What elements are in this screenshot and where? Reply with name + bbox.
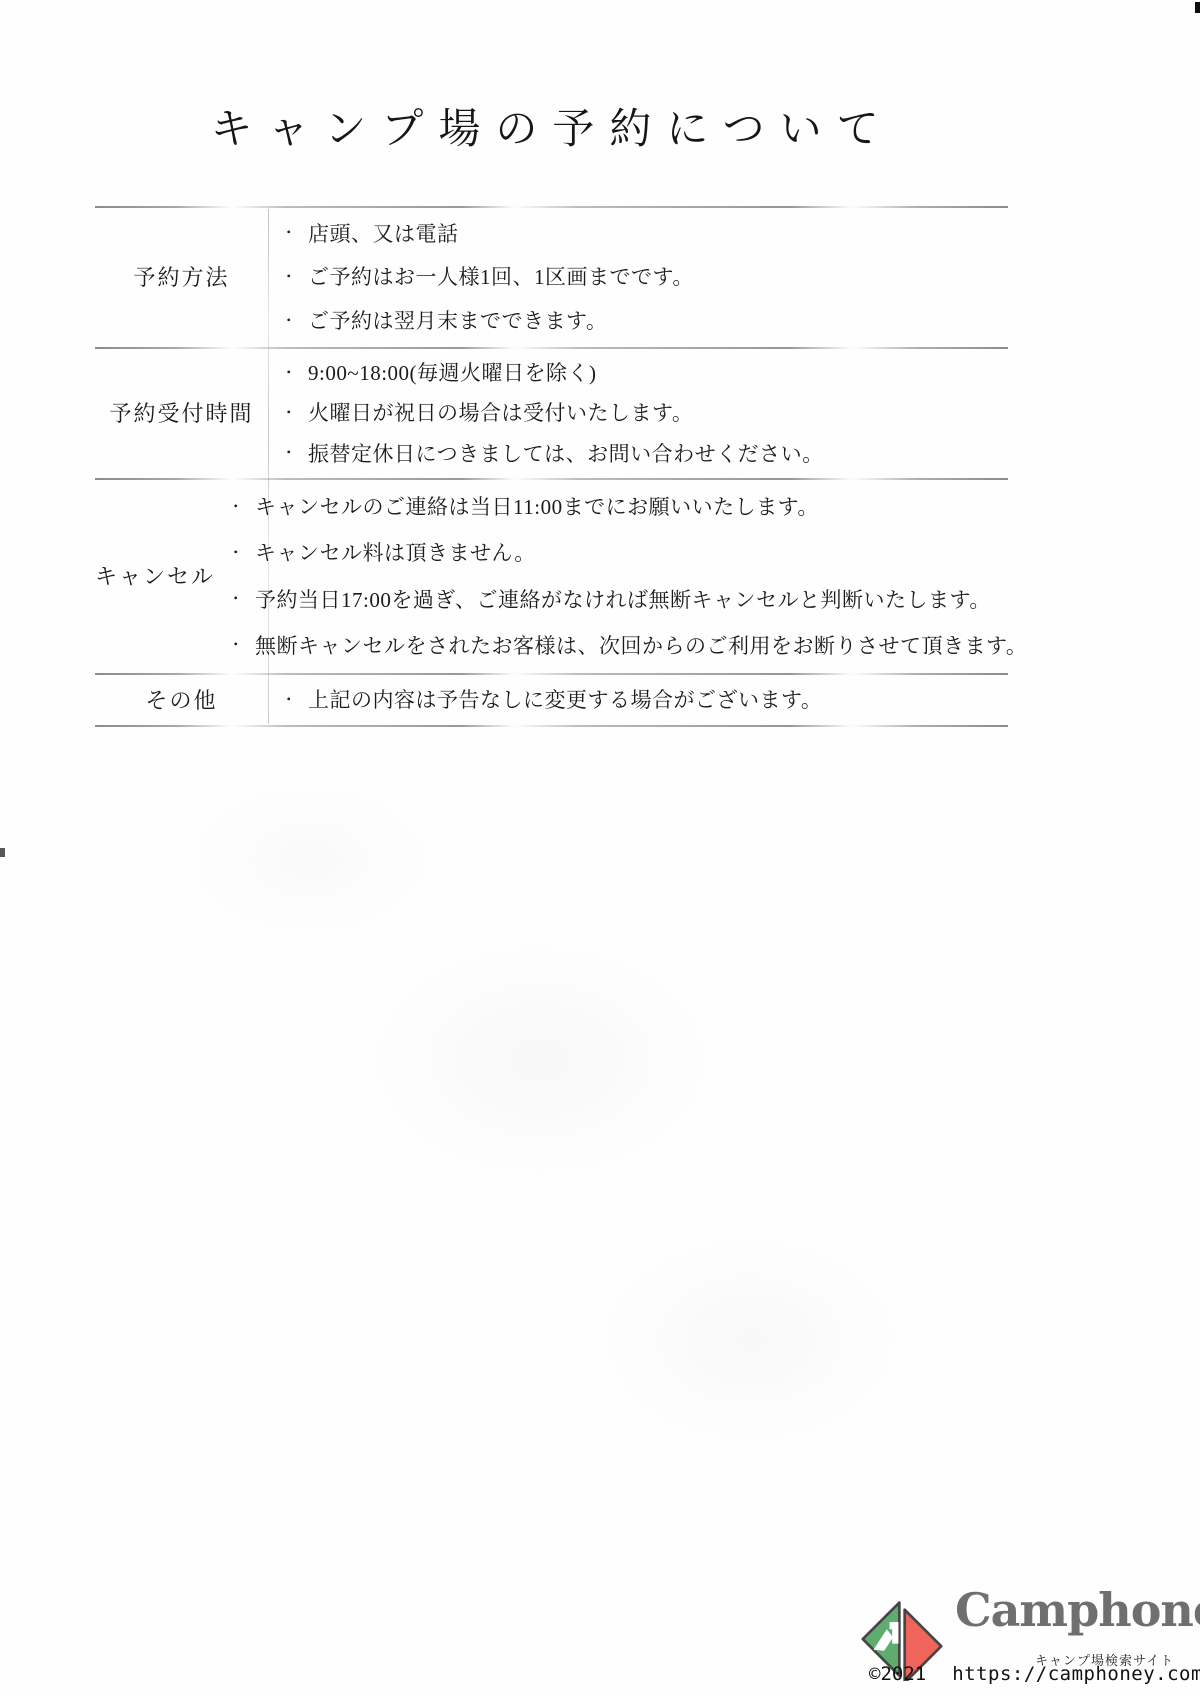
table-row-reception-hours: 予約受付時間 • 9:00~18:00(毎週火曜日を除く) • 火曜日が祝日の場…	[95, 347, 1008, 478]
bullet-icon: •	[276, 692, 302, 707]
scan-artifact	[520, 1180, 980, 1500]
copyright-text: ©2021	[869, 1663, 926, 1685]
list-item-text: 9:00~18:00(毎週火曜日を除く)	[308, 357, 597, 387]
list-item: • 9:00~18:00(毎週火曜日を除く)	[268, 357, 1008, 387]
scan-artifact	[280, 880, 800, 1240]
row-label: 予約方法	[95, 206, 268, 347]
list-item: • 振替定休日につきましては、お問い合わせください。	[268, 438, 1008, 468]
row-label: キャンセル	[95, 478, 215, 673]
bullet-icon: •	[276, 445, 302, 460]
list-item-text: 上記の内容は予告なしに変更する場合がございます。	[308, 684, 822, 714]
list-item-text: キャンセルのご連絡は当日11:00までにお願いいたします。	[255, 491, 819, 521]
copyright-line: ©2021https://camphoney.com	[869, 1663, 1200, 1685]
list-item-text: キャンセル料は頂きません。	[255, 537, 536, 567]
bullet-icon: •	[276, 365, 302, 380]
list-item-text: ご予約は翌月末までできます。	[308, 305, 607, 335]
list-item: • ご予約はお一人様1回、1区画までです。	[268, 261, 1008, 291]
table-row-other: その他 • 上記の内容は予告なしに変更する場合がございます。	[95, 673, 1008, 725]
scanned-document-page: キャンプ場の予約について 予約方法 • 店頭、又は電話 • ご予約はお一人様1回…	[0, 0, 1200, 1696]
site-url: https://camphoney.com	[952, 1663, 1200, 1685]
list-item: • 無断キャンセルをされたお客様は、次回からのご利用をお断りさせて頂きます。	[215, 630, 1027, 660]
list-item-text: 振替定休日につきましては、お問い合わせください。	[308, 438, 824, 468]
camphoney-credit: Camphoney キャンプ場検索サイト ©2021https://campho…	[855, 1593, 1200, 1696]
list-item-text: 無断キャンセルをされたお客様は、次回からのご利用をお断りさせて頂きます。	[255, 630, 1027, 660]
scan-artifact	[1195, 2, 1200, 13]
list-item-text: ご予約はお一人様1回、1区画までです。	[308, 261, 694, 291]
scan-artifact	[120, 740, 500, 980]
bullet-icon: •	[223, 637, 249, 652]
list-item: • キャンセルのご連絡は当日11:00までにお願いいたします。	[215, 491, 1027, 521]
reservation-info-table: 予約方法 • 店頭、又は電話 • ご予約はお一人様1回、1区画までです。 • ご…	[95, 206, 1008, 727]
table-row-reservation-method: 予約方法 • 店頭、又は電話 • ご予約はお一人様1回、1区画までです。 • ご…	[95, 206, 1008, 347]
bullet-icon: •	[276, 269, 302, 284]
list-item: • 店頭、又は電話	[268, 218, 1008, 248]
list-item-text: 火曜日が祝日の場合は受付いたします。	[308, 397, 693, 427]
table-border	[95, 725, 1008, 727]
list-item: • キャンセル料は頂きません。	[215, 537, 1027, 567]
page-title: キャンプ場の予約について	[0, 96, 1104, 156]
row-label: 予約受付時間	[95, 347, 268, 478]
bullet-icon: •	[276, 225, 302, 240]
list-item: • 予約当日17:00を過ぎ、ご連絡がなければ無断キャンセルと判断いたします。	[215, 584, 1027, 614]
list-item: • ご予約は翌月末までできます。	[268, 305, 1008, 335]
bullet-icon: •	[223, 499, 249, 514]
list-item: • 上記の内容は予告なしに変更する場合がございます。	[268, 684, 1008, 714]
row-label: その他	[95, 673, 268, 725]
table-row-cancellation: キャンセル • キャンセルのご連絡は当日11:00までにお願いいたします。 • …	[95, 478, 1008, 673]
bullet-icon: •	[223, 545, 249, 560]
bullet-icon: •	[276, 405, 302, 420]
list-item-text: 店頭、又は電話	[308, 218, 459, 248]
list-item: • 火曜日が祝日の場合は受付いたします。	[268, 397, 1008, 427]
bullet-icon: •	[276, 313, 302, 328]
scan-artifact	[0, 848, 5, 857]
brand-wordmark: Camphoney	[955, 1583, 1200, 1637]
list-item-text: 予約当日17:00を過ぎ、ご連絡がなければ無断キャンセルと判断いたします。	[255, 584, 991, 614]
bullet-icon: •	[223, 591, 249, 606]
